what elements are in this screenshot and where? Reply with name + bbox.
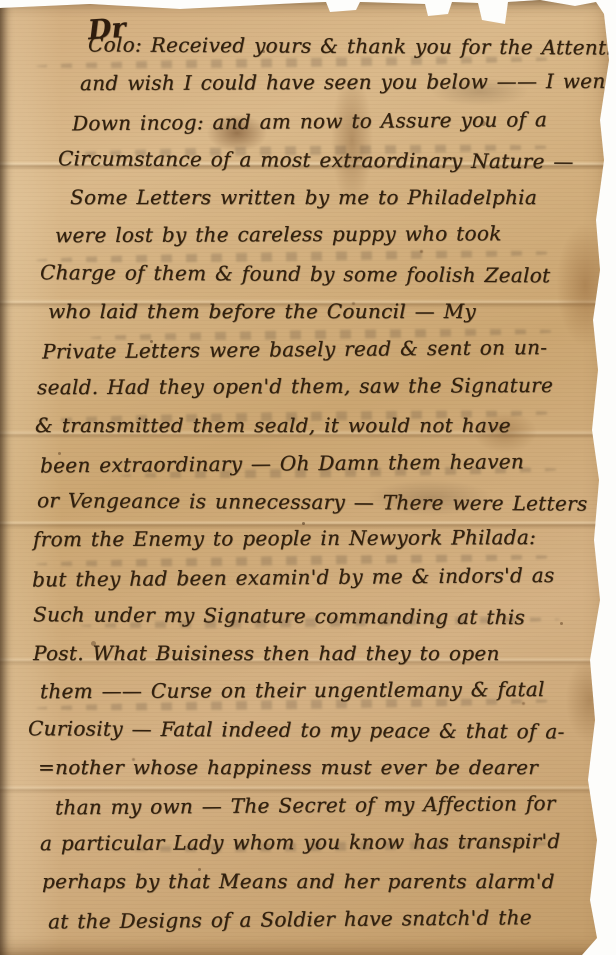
- letter-body: Colo: Received yours & thank you for the…: [0, 26, 616, 938]
- letter-line: & transmitted them seald, it would not h…: [35, 406, 616, 444]
- letter-line: been extraordinary — Oh Damn them heaven: [40, 441, 616, 484]
- ink-specks: [0, 0, 3, 3]
- letter-line: or Vengeance is unnecessary — There were…: [37, 481, 616, 523]
- letter-line: Colo: Received yours & thank you for the…: [88, 25, 616, 66]
- letter-line: a particular Lady whom you know has tran…: [40, 822, 616, 863]
- letter-line: but they had been examin'd by me & indor…: [32, 555, 616, 598]
- letter-line: =nother whose happiness must ever be dea…: [38, 748, 616, 786]
- letter-line: seald. Had they open'd them, saw the Sig…: [37, 366, 616, 407]
- letter-line: from the Enemy to people in Newyork Phil…: [33, 518, 616, 559]
- letter-line: Private Letters were basely read & sent …: [42, 327, 616, 370]
- letter-line: Charge of them & found by some foolish Z…: [40, 253, 616, 295]
- letter-line: at the Designs of a Soldier have snatch'…: [48, 898, 616, 941]
- letter-line: them —— Curse on their ungentlemany & fa…: [40, 670, 616, 711]
- letter-line: were lost by the careless puppy who took: [55, 214, 616, 254]
- letter-line: Down incog: and am now to Assure you of …: [72, 100, 616, 143]
- letter-line: Such under my Signature commanding at th…: [33, 595, 616, 637]
- scanned-letter-page: Dr Colo: Received yours & thank you for …: [0, 0, 616, 955]
- letter-line: Some Letters written by me to Philadelph…: [70, 178, 616, 216]
- aged-paper-sheet: Dr Colo: Received yours & thank you for …: [0, 0, 616, 955]
- letter-line: perhaps by that Means and her parents al…: [42, 862, 616, 900]
- letter-line: Circumstance of a most extraordinary Nat…: [58, 139, 616, 180]
- letter-line: than my own — The Secret of my Affection…: [55, 784, 616, 827]
- letter-line: and wish I could have seen you below —— …: [80, 62, 616, 102]
- letter-line: Post. What Buisiness then had they to op…: [33, 634, 616, 672]
- letter-line: who laid them before the Council — My: [48, 292, 616, 330]
- letter-line: Curiosity — Fatal indeed to my peace & t…: [28, 709, 616, 751]
